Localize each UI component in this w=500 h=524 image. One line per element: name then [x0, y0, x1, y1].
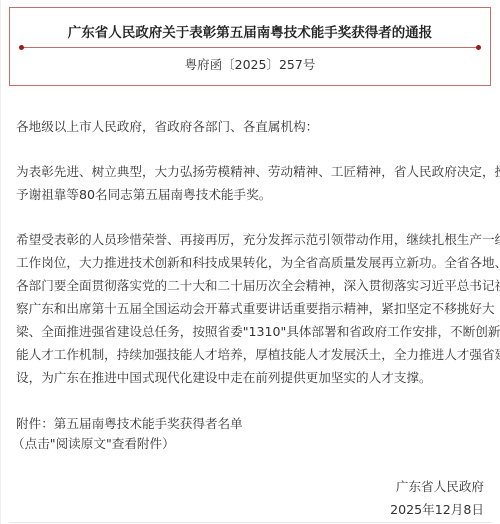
paragraph-2: 希望受表彰的人员珍惜荣誉、再接再厉，充分发挥示范引领带动作用，继续扎根生产一线 …	[16, 228, 486, 389]
signature-issuer: 广东省人民政府	[396, 475, 484, 498]
paragraph-2-line: 能人才工作机制，持续加强技能人才培养，厚植技能人才发展沃土，全力推进人才强省建	[16, 343, 486, 366]
paragraph-2-line: 察广东和出席第十五届全国运动会开幕式重要讲话重要指示精神，紧扣坚定不移挑好大	[16, 297, 486, 320]
header-divider	[21, 47, 479, 48]
paragraph-2-line: 梁、全面推进强省建设总任务，按照省委"1310"具体部署和省政府工作安排，不断创…	[16, 320, 486, 343]
paragraph-1-line: 为表彰先进、树立典型，大力弘扬劳模精神、劳动精神、工匠精神，省人民政府决定，授	[16, 160, 486, 183]
attachment-note: （点击"阅读原文"查看附件）	[12, 432, 482, 455]
paragraph-2-line: 希望受表彰的人员珍惜荣誉、再接再厉，充分发挥示范引领带动作用，继续扎根生产一线	[16, 228, 486, 251]
salutation: 各地级以上市人民政府，省政府各部门、各直属机构：	[16, 115, 486, 138]
page-bottom-divider	[9, 522, 491, 523]
document-title: 广东省人民政府关于表彰第五届南粤技术能手奖获得者的通报	[10, 24, 490, 42]
paragraph-2-line: 各部门要全面贯彻落实党的二十大和二十届历次全会精神，深入贯彻落实习近平总书记视	[16, 274, 486, 297]
document-header-box: 广东省人民政府关于表彰第五届南粤技术能手奖获得者的通报 粤府函〔2025〕257…	[9, 7, 491, 86]
page-left-edge	[0, 0, 1, 524]
paragraph-1: 为表彰先进、树立典型，大力弘扬劳模精神、劳动精神、工匠精神，省人民政府决定，授 …	[16, 160, 486, 206]
paragraph-2-line: 工作岗位，大力推进技术创新和科技成果转化，为全省高质量发展再立新功。全省各地、	[16, 251, 486, 274]
document-number: 粤府函〔2025〕257号	[10, 56, 490, 73]
divider-dot-left-icon	[19, 45, 24, 50]
signature-date: 2025年12月8日	[390, 498, 484, 521]
divider-dot-right-icon	[476, 45, 481, 50]
paragraph-1-line: 予谢祖靠等80名同志第五届南粤技术能手奖。	[16, 183, 486, 206]
paragraph-2-line: 设，为广东在推进中国式现代化建设中走在前列提供更加坚实的人才支撑。	[16, 366, 486, 389]
